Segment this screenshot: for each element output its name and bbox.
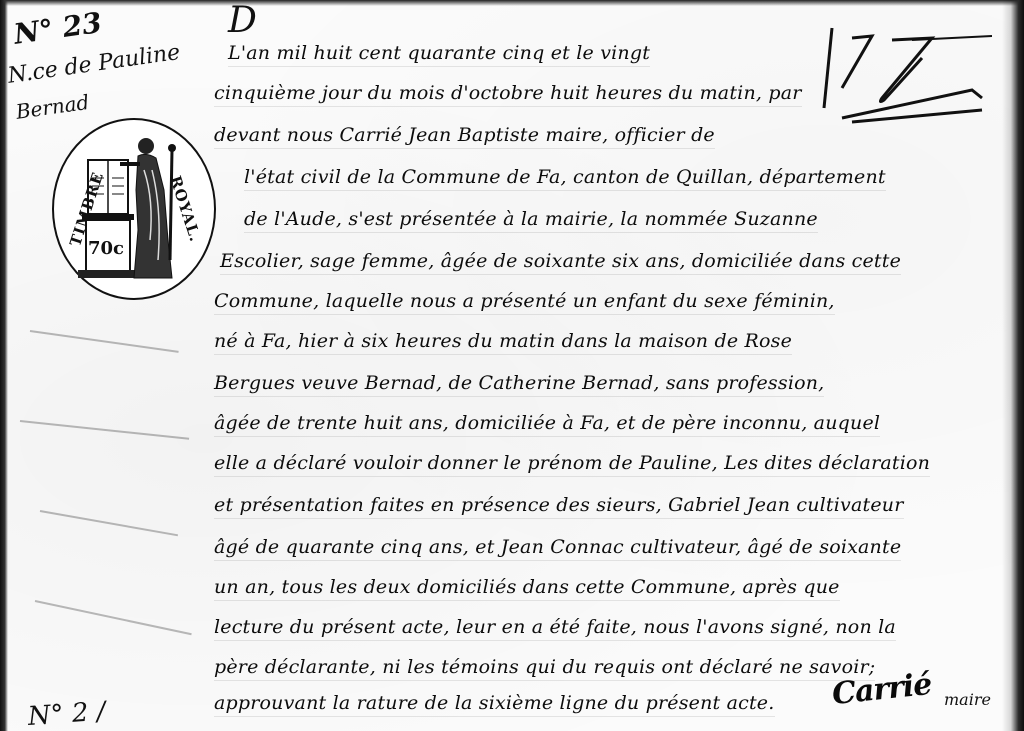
paragraph-mark: D xyxy=(228,0,257,41)
bleed-through-stroke xyxy=(30,330,179,353)
stamp-value: 70c xyxy=(88,238,124,259)
scan-top-edge xyxy=(0,0,1024,6)
text-line: lecture du présent acte, leur en a été f… xyxy=(214,616,896,638)
margin-surname: Bernad xyxy=(14,90,90,124)
text-line: âgé de quarante cinq ans, et Jean Connac… xyxy=(214,536,901,558)
text-line: Bergues veuve Bernad, de Catherine Berna… xyxy=(214,372,824,394)
bleed-through-stroke xyxy=(35,600,192,635)
registration-flourish xyxy=(812,18,992,128)
scanned-register-page: N° 23 N.ce de Pauline Bernad N° 2 / TIMB… xyxy=(0,0,1024,731)
text-line: né à Fa, hier à six heures du matin dans… xyxy=(214,330,792,352)
text-line: âgée de trente huit ans, domiciliée à Fa… xyxy=(214,412,880,434)
text-line: un an, tous les deux domiciliés dans cet… xyxy=(214,576,840,598)
scan-right-edge xyxy=(1002,0,1024,731)
text-line: de l'Aude, s'est présentée à la mairie, … xyxy=(244,208,818,230)
text-line: et présentation faites en présence des s… xyxy=(214,494,904,516)
timbre-royal-stamp: TIMBRE ROYAL. 70c xyxy=(52,118,216,300)
text-line: elle a déclaré vouloir donner le prénom … xyxy=(214,452,930,474)
bleed-through-stroke xyxy=(20,420,189,440)
text-line: devant nous Carrié Jean Baptiste maire, … xyxy=(214,124,715,146)
signature-title: maire xyxy=(944,690,991,709)
text-line: L'an mil huit cent quarante cinq et le v… xyxy=(228,42,650,64)
flourish-icon xyxy=(812,18,992,128)
margin-bottom-note: N° 2 / xyxy=(27,697,106,731)
text-line: approuvant la rature de la sixième ligne… xyxy=(214,692,775,714)
text-line: Escolier, sage femme, âgée de soixante s… xyxy=(220,250,901,272)
margin-act-number: N° 23 xyxy=(12,6,104,51)
bleed-through-stroke xyxy=(40,510,178,536)
text-line: cinquième jour du mois d'octobre huit he… xyxy=(214,82,802,104)
scan-left-edge xyxy=(0,0,8,731)
text-line: l'état civil de la Commune de Fa, canton… xyxy=(244,166,886,188)
text-line: Commune, laquelle nous a présenté un enf… xyxy=(214,290,835,312)
text-line: père déclarante, ni les témoins qui du r… xyxy=(214,656,875,678)
